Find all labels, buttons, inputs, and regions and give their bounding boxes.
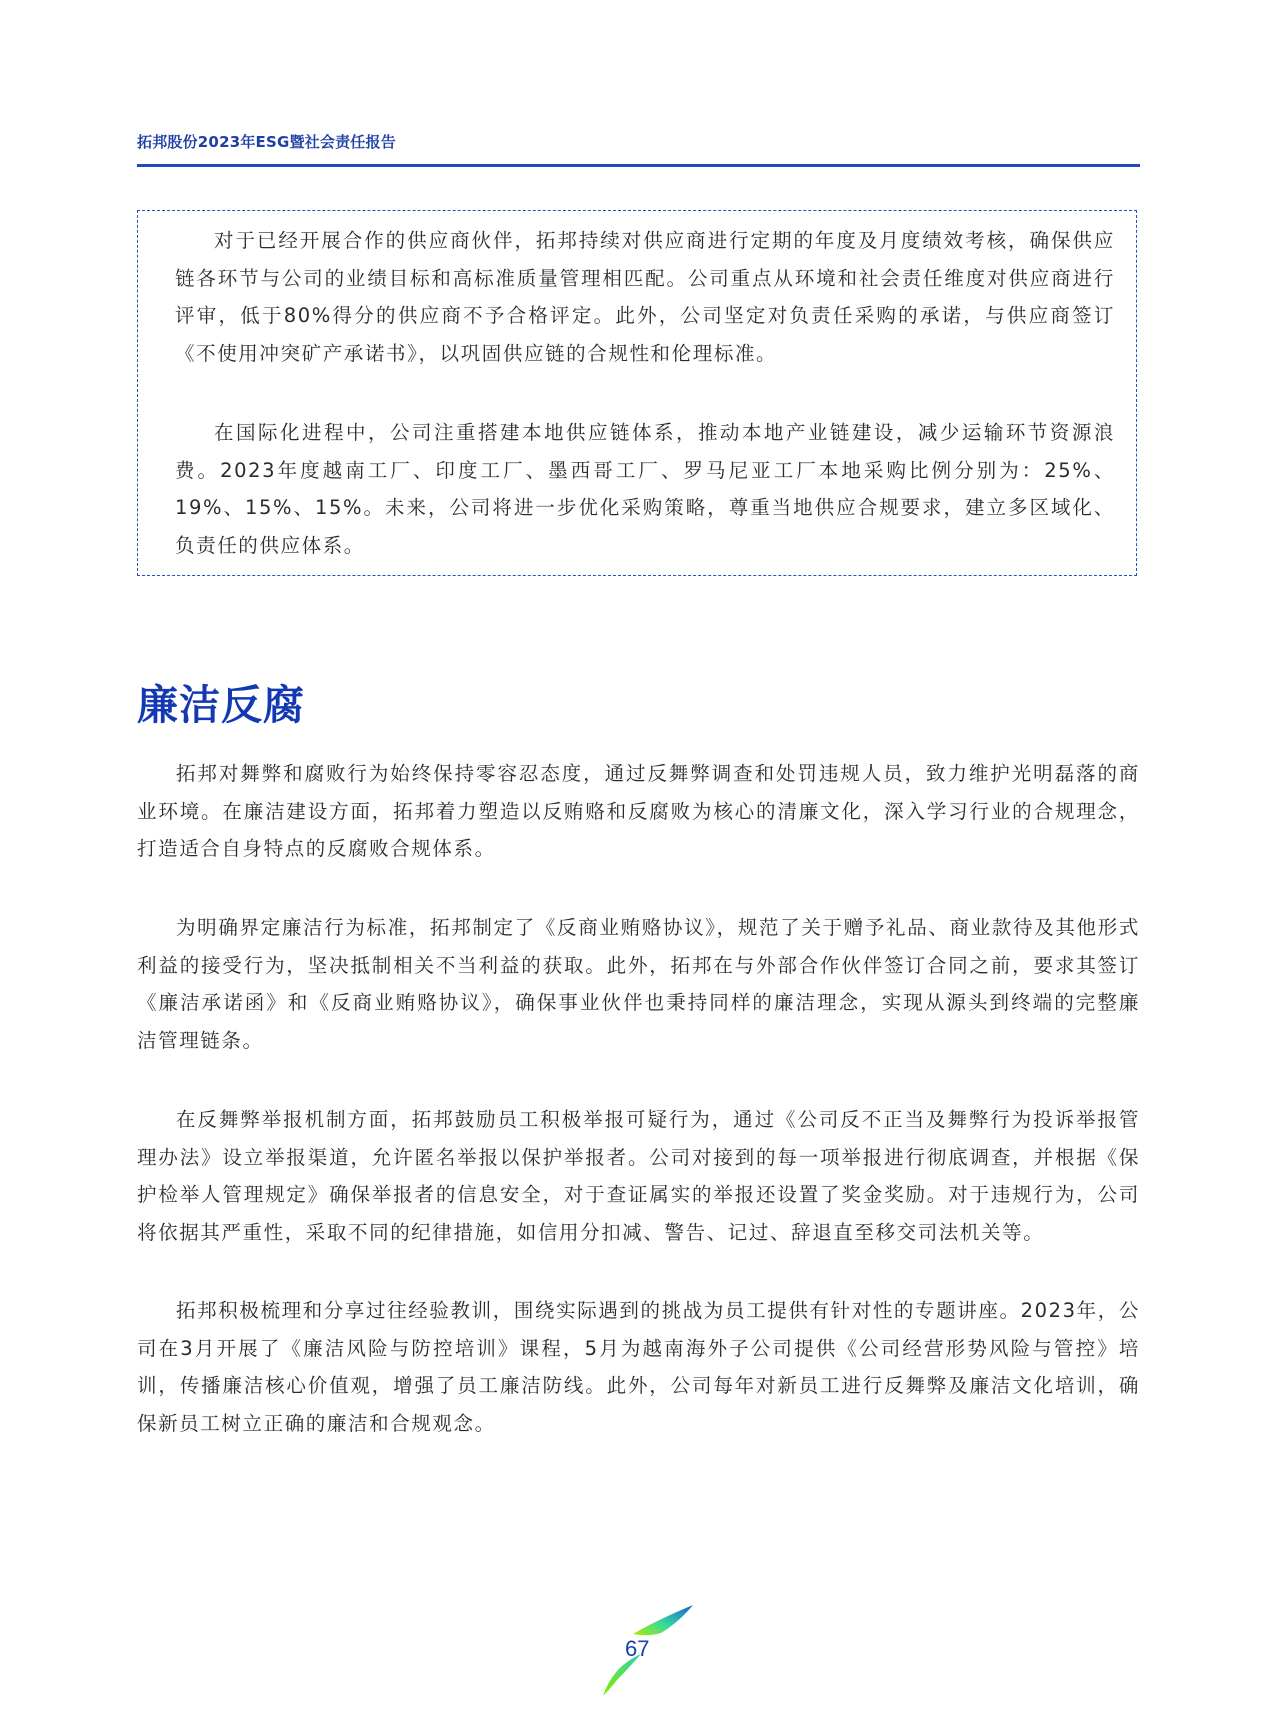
header-divider: [137, 164, 1140, 167]
page-number: 67: [625, 1636, 649, 1662]
section-paragraph-4: 拓邦积极梳理和分享过往经验教训，围绕实际遇到的挑战为员工提供有针对性的专题讲座。…: [137, 1292, 1140, 1442]
page-footer: 67: [595, 1600, 695, 1710]
report-title: 拓邦股份2023年ESG暨社会责任报告: [137, 131, 396, 152]
section-paragraph-1: 拓邦对舞弊和腐败行为始终保持零容忍态度，通过反舞弊调查和处罚违规人员，致力维护光…: [137, 755, 1140, 868]
section-paragraph-2: 为明确界定廉洁行为标准，拓邦制定了《反商业贿赂协议》，规范了关于赠予礼品、商业款…: [137, 909, 1140, 1059]
section-paragraph-3: 在反舞弊举报机制方面，拓邦鼓励员工积极举报可疑行为，通过《公司反不正当及舞弊行为…: [137, 1101, 1140, 1251]
callout-paragraph-2: 在国际化进程中，公司注重搭建本地供应链体系，推动本地产业链建设，减少运输环节资源…: [175, 414, 1115, 564]
callout-paragraph-1: 对于已经开展合作的供应商伙伴，拓邦持续对供应商进行定期的年度及月度绩效考核，确保…: [175, 222, 1115, 372]
section-title: 廉洁反腐: [137, 672, 305, 731]
